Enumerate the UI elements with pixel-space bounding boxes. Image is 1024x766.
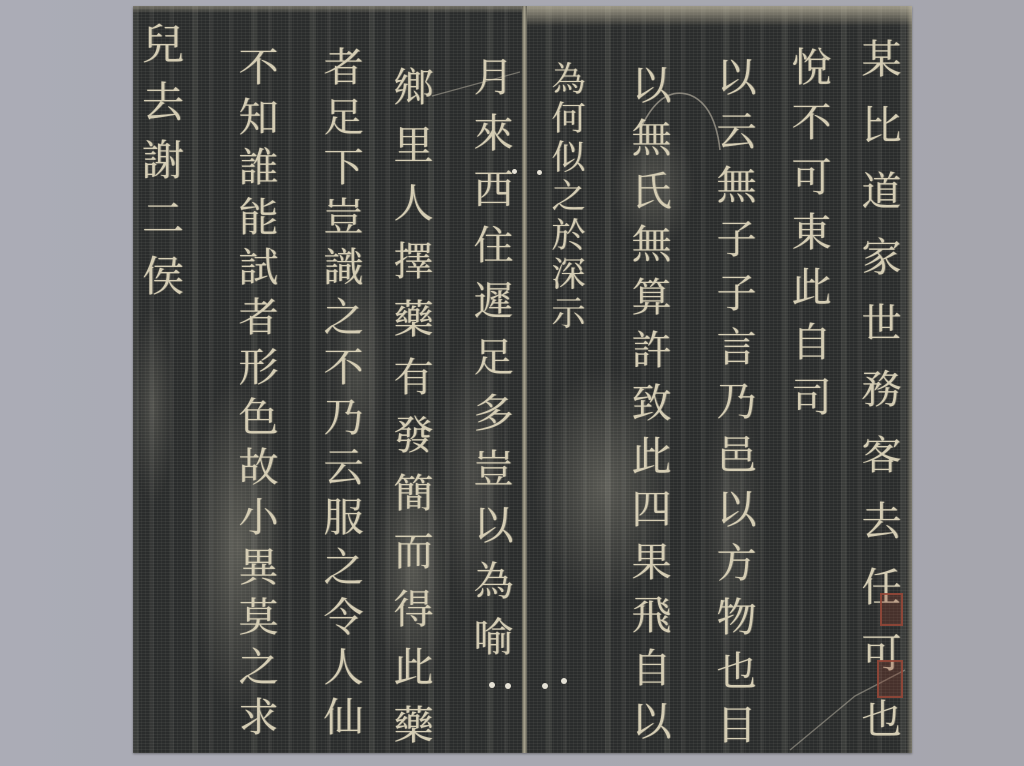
text-column-left-4: 不知誰能試者形色故小異莫之求 xyxy=(235,46,275,746)
text-column-right-4: 以無氏無算許致此四果飛自以 xyxy=(628,64,668,753)
calligraphy-rubbing: 某比道家世務客去任可也 悅不可東此自司 以云無子子言乃邑以方物也目 以無氏無算許… xyxy=(133,6,912,753)
text-column-left-5: 兒去謝二侯 xyxy=(139,22,181,312)
seal-stamp-lower xyxy=(877,660,903,698)
wormhole xyxy=(542,683,548,689)
text-column-right-1: 某比道家世務客去任可也 xyxy=(858,38,898,753)
wormhole xyxy=(489,682,495,688)
wormhole xyxy=(505,683,511,689)
text-column-right-2: 悅不可東此自司 xyxy=(788,46,828,431)
text-column-right-5: 為何似之於深示 xyxy=(548,61,582,334)
text-column-left-2: 鄉里人擇藥有發簡而得此藥 xyxy=(390,66,430,753)
text-column-left-3: 者足下豈識之不乃云服之令人仙 xyxy=(320,46,360,746)
wormhole xyxy=(537,170,542,175)
text-column-right-3: 以云無子子言乃邑以方物也目 xyxy=(713,56,753,753)
wormhole xyxy=(561,678,567,684)
wormhole xyxy=(512,169,517,174)
seal-stamp-upper xyxy=(880,593,903,626)
text-column-left-1: 月來西住遲足多豈以為喻 xyxy=(470,56,510,672)
